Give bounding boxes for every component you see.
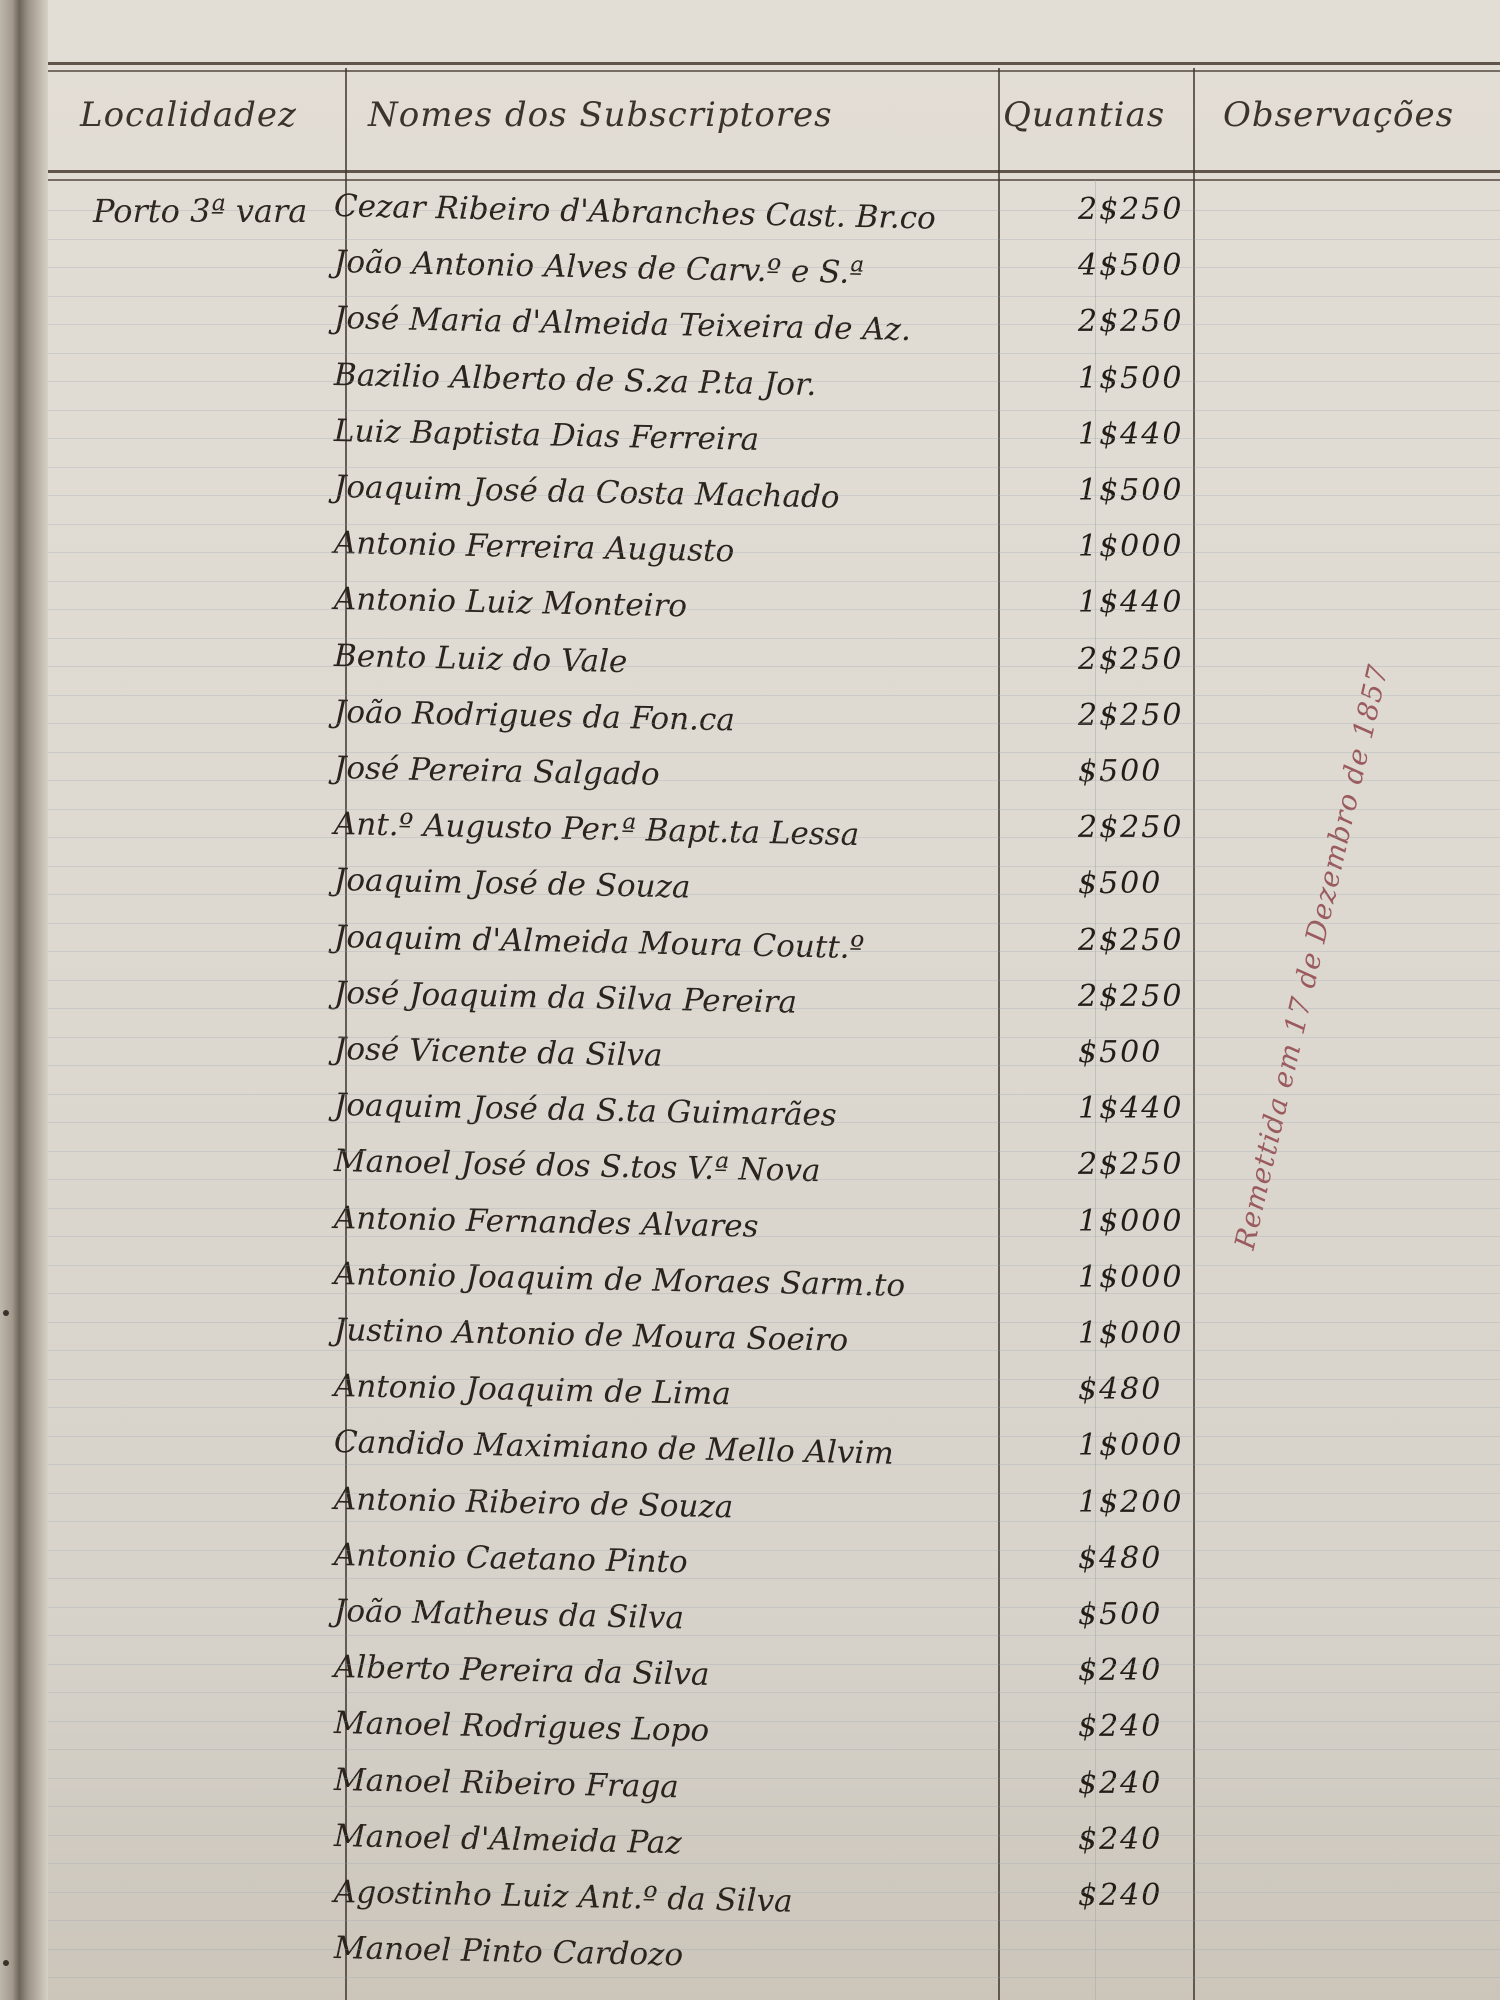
subscription-amount: $240	[1078, 1709, 1228, 1744]
subscriber-name: Bento Luiz do Vale	[334, 638, 628, 680]
header-bottom-rule	[48, 170, 1500, 173]
ruled-line	[48, 1493, 1500, 1494]
ruled-line	[48, 723, 1500, 724]
ruled-line	[48, 1920, 1500, 1921]
ruled-line	[48, 1122, 1500, 1123]
ruled-line	[48, 1835, 1500, 1836]
book-gutter	[0, 0, 48, 2000]
ledger-row: Agostinho Luiz Ant.º da Silva$240	[48, 1874, 1500, 1930]
ruled-line	[48, 951, 1500, 952]
ledger-row: Manoel Ribeiro Fraga$240	[48, 1762, 1500, 1818]
subscriber-name: Antonio Joaquim de Lima	[334, 1368, 732, 1412]
subscriber-name: João Rodrigues da Fon.ca	[334, 694, 736, 738]
ledger-row: Bazilio Alberto de S.za P.ta Jor.1$500	[48, 357, 1500, 413]
subscriber-name: Joaquim José da Costa Machado	[334, 469, 840, 516]
ruled-line	[48, 495, 1500, 496]
ledger-row: Joaquim José de Souza$500	[48, 862, 1500, 918]
ruled-line	[48, 1008, 1500, 1009]
subscription-amount: $240	[1078, 1878, 1228, 1913]
ruled-line	[48, 1151, 1500, 1152]
ruled-line	[48, 1350, 1500, 1351]
header-top-rule	[48, 62, 1500, 65]
ruled-line	[48, 1892, 1500, 1893]
subscription-amount: 1$200	[1078, 1485, 1228, 1520]
ruled-line	[48, 1065, 1500, 1066]
ruled-line	[48, 780, 1500, 781]
header-locality: Localidadez	[80, 95, 297, 155]
subscriber-name: Antonio Luiz Monteiro	[334, 581, 688, 624]
ledger-row: Antonio Ribeiro de Souza1$200	[48, 1481, 1500, 1537]
ledger-row: João Antonio Alves de Carv.º e S.ª4$500	[48, 244, 1500, 300]
ruled-line	[48, 809, 1500, 810]
ledger-row: João Rodrigues da Fon.ca2$250	[48, 694, 1500, 750]
ruled-line	[48, 1635, 1500, 1636]
ruled-line	[48, 467, 1500, 468]
ledger-row: Cezar Ribeiro d'Abranches Cast. Br.co2$2…	[48, 188, 1500, 244]
ruled-line	[48, 353, 1500, 354]
ruled-line	[48, 1550, 1500, 1551]
ruled-line	[48, 1407, 1500, 1408]
ruled-line	[48, 837, 1500, 838]
header-names: Nomes dos Subscriptores	[368, 95, 833, 155]
ruled-line	[48, 923, 1500, 924]
ruled-line	[48, 1949, 1500, 1950]
ledger-row: Ant.º Augusto Per.ª Bapt.ta Lessa2$250	[48, 806, 1500, 862]
header-bottom-rule-thin	[48, 179, 1500, 181]
subscriber-name: Joaquim d'Almeida Moura Coutt.º	[334, 919, 865, 966]
subscription-amount: $240	[1078, 1822, 1228, 1857]
subscription-amount: 2$250	[1078, 698, 1228, 733]
ledger-row: Candido Maximiano de Mello Alvim1$000	[48, 1424, 1500, 1480]
ruled-line	[48, 752, 1500, 753]
subscriber-name: Antonio Joaquim de Moraes Sarm.to	[334, 1256, 906, 1304]
subscriber-name: Cezar Ribeiro d'Abranches Cast. Br.co	[334, 188, 937, 237]
ruled-line	[48, 524, 1500, 525]
ruled-line	[48, 581, 1500, 582]
ruled-line	[48, 1806, 1500, 1807]
ruled-line	[48, 210, 1500, 211]
ruled-line	[48, 866, 1500, 867]
ledger-row: José Maria d'Almeida Teixeira de Az.2$25…	[48, 300, 1500, 356]
ruled-line	[48, 1863, 1500, 1864]
subscription-amount: $480	[1078, 1541, 1228, 1576]
ruled-line	[48, 267, 1500, 268]
subscriber-name: Manoel Pinto Cardozo	[334, 1930, 684, 1973]
subscriber-name: Antonio Ribeiro de Souza	[334, 1481, 734, 1525]
ledger-row: Luiz Baptista Dias Ferreira1$440	[48, 413, 1500, 469]
subscription-amount: 2$250	[1078, 810, 1228, 845]
ruled-line	[48, 1607, 1500, 1608]
ledger-row: Manoel d'Almeida Paz$240	[48, 1818, 1500, 1874]
ruled-line	[48, 1778, 1500, 1779]
ruled-line	[48, 638, 1500, 639]
subscription-amount: 1$440	[1078, 417, 1228, 452]
subscription-amount: $500	[1078, 866, 1228, 901]
ruled-line	[48, 1521, 1500, 1522]
subscription-amount: $500	[1078, 754, 1228, 789]
margin-mark	[3, 1310, 9, 1316]
ruled-line	[48, 1094, 1500, 1095]
ruled-line	[48, 1578, 1500, 1579]
subscriber-name: Manoel Ribeiro Fraga	[334, 1762, 679, 1805]
subscriber-name: José Pereira Salgado	[334, 750, 660, 793]
ruled-line	[48, 1208, 1500, 1209]
ruled-line	[48, 980, 1500, 981]
ledger-row: Manoel Rodrigues Lopo$240	[48, 1705, 1500, 1761]
subscription-amount: 2$250	[1078, 923, 1228, 958]
ruled-line	[48, 666, 1500, 667]
subscriber-name: Antonio Ferreira Augusto	[334, 525, 735, 569]
subscription-amount: 2$250	[1078, 1147, 1228, 1182]
subscriber-name: Luiz Baptista Dias Ferreira	[334, 413, 760, 458]
subscription-amount: 1$000	[1078, 529, 1228, 564]
ledger-row: Antonio Joaquim de Lima$480	[48, 1368, 1500, 1424]
subscriber-name: João Matheus da Silva	[334, 1593, 685, 1636]
ledger-row: Justino Antonio de Moura Soeiro1$000	[48, 1312, 1500, 1368]
ruled-line	[48, 1179, 1500, 1180]
ledger-row: João Matheus da Silva$500	[48, 1593, 1500, 1649]
subscriber-name: Justino Antonio de Moura Soeiro	[334, 1312, 849, 1359]
ledger-page: Localidadez Nomes dos Subscriptores Quan…	[48, 0, 1500, 2000]
subscription-amount: 1$500	[1078, 361, 1228, 396]
ledger-row: Antonio Ferreira Augusto1$000	[48, 525, 1500, 581]
ledger-row: José Pereira Salgado$500	[48, 750, 1500, 806]
ledger-row: Joaquim d'Almeida Moura Coutt.º2$250	[48, 919, 1500, 975]
subscription-amount: 1$440	[1078, 1091, 1228, 1126]
ledger-row: Joaquim José da Costa Machado1$500	[48, 469, 1500, 525]
ruled-line	[48, 609, 1500, 610]
subscriber-name: Antonio Fernandes Alvares	[334, 1200, 759, 1245]
subscriber-name: Manoel d'Almeida Paz	[334, 1818, 682, 1861]
subscriber-name: José Joaquim da Silva Pereira	[334, 975, 798, 1021]
subscriber-name: Alberto Pereira da Silva	[334, 1649, 710, 1693]
subscription-amount: 1$000	[1078, 1428, 1228, 1463]
ruled-line	[48, 1436, 1500, 1437]
subscription-amount: 2$250	[1078, 304, 1228, 339]
ruled-line	[48, 1721, 1500, 1722]
ruled-line	[48, 1692, 1500, 1693]
ruled-line	[48, 239, 1500, 240]
subscriber-name: Antonio Caetano Pinto	[334, 1537, 688, 1580]
ruled-line	[48, 894, 1500, 895]
subscriber-name: Agostinho Luiz Ant.º da Silva	[334, 1874, 793, 1920]
subscription-amount: $480	[1078, 1372, 1228, 1407]
ruled-line	[48, 1236, 1500, 1237]
ruled-line	[48, 1037, 1500, 1038]
ruled-line	[48, 1977, 1500, 1978]
ruled-line	[48, 552, 1500, 553]
ledger-row: Antonio Caetano Pinto$480	[48, 1537, 1500, 1593]
ruled-line	[48, 438, 1500, 439]
subscriber-name: Ant.º Augusto Per.ª Bapt.ta Lessa	[334, 806, 860, 853]
ruled-line	[48, 410, 1500, 411]
subscription-amount: $240	[1078, 1766, 1228, 1801]
subscription-amount: 4$500	[1078, 248, 1228, 283]
ruled-line	[48, 1664, 1500, 1665]
subscriber-name: Manoel Rodrigues Lopo	[334, 1705, 710, 1749]
subscriber-name: Joaquim José de Souza	[334, 862, 691, 905]
subscription-amount: 1$500	[1078, 473, 1228, 508]
ruled-line	[48, 1379, 1500, 1380]
ruled-line	[48, 381, 1500, 382]
subscriber-name: Bazilio Alberto de S.za P.ta Jor.	[334, 357, 817, 403]
subscription-amount: 2$250	[1078, 642, 1228, 677]
ruled-line	[48, 695, 1500, 696]
ledger-row: Alberto Pereira da Silva$240	[48, 1649, 1500, 1705]
margin-mark	[3, 1960, 9, 1966]
subscription-amount: $500	[1078, 1597, 1228, 1632]
subscription-amount: 1$000	[1078, 1204, 1228, 1239]
header-amounts: Quantias	[1003, 95, 1165, 155]
subscription-amount: $240	[1078, 1653, 1228, 1688]
ruled-line	[48, 324, 1500, 325]
ruled-line	[48, 1293, 1500, 1294]
ruled-line	[48, 1464, 1500, 1465]
ruled-line	[48, 1265, 1500, 1266]
subscription-amount: 1$440	[1078, 585, 1228, 620]
ruled-line	[48, 1322, 1500, 1323]
ruled-line	[48, 1749, 1500, 1750]
ruled-line	[48, 296, 1500, 297]
header-observations: Observações	[1223, 95, 1454, 155]
header-top-rule-thin	[48, 70, 1500, 72]
